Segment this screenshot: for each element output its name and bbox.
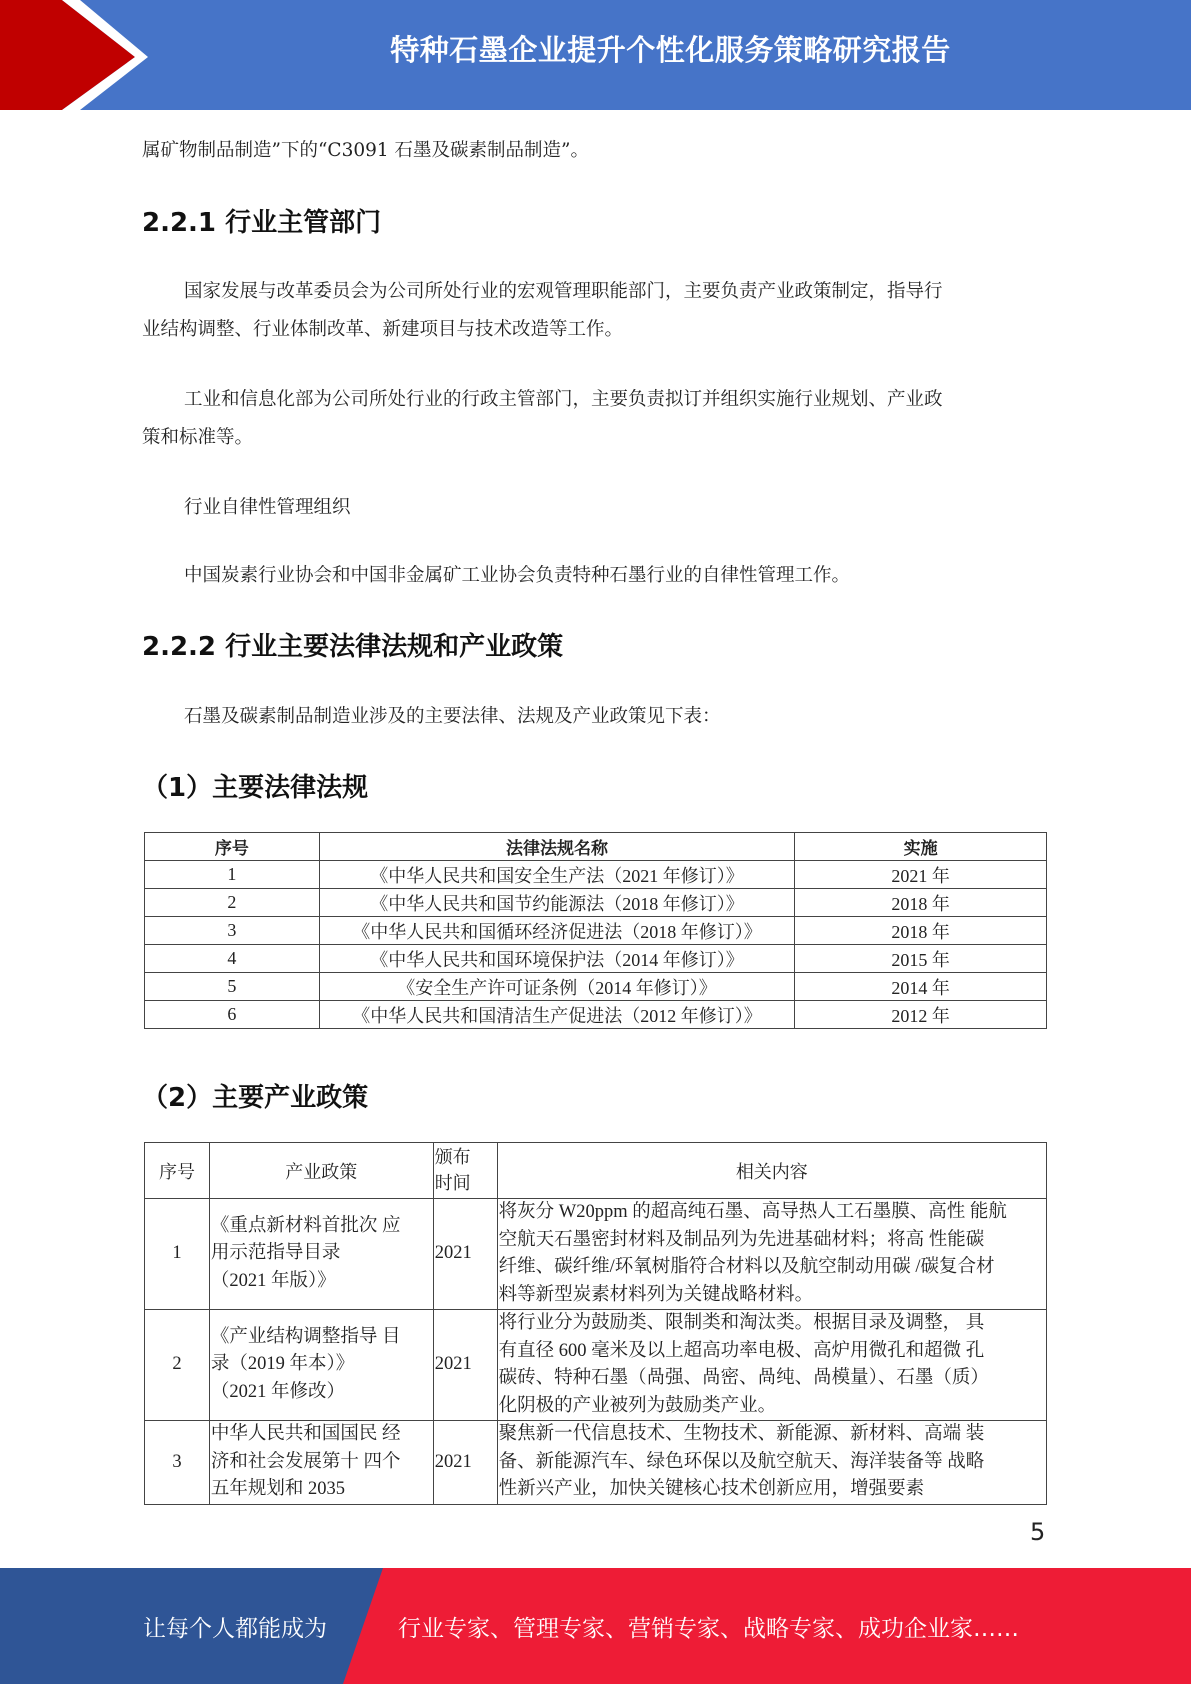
cell-name: 《安全生产许可证条例（2014 年修订）》 [319, 973, 794, 1001]
cell-no: 1 [145, 1199, 210, 1310]
cell-year: 2015 年 [795, 945, 1047, 973]
cell-no: 2 [145, 889, 320, 917]
cell-policy: 《重点新材料首批次 应 用示范指导目录 （2021 年版）》 [209, 1199, 433, 1310]
cell-date: 2021 [433, 1310, 497, 1421]
self-regulation-paragraph: 中国炭素行业协会和中国非金属矿工业协会负责特种石墨行业的自律性管理工作。 [184, 557, 850, 595]
cell-date: 2021 [433, 1199, 497, 1310]
policy-line: 《产业结构调整指导 目 [211, 1324, 433, 1352]
column-header-content: 相关内容 [497, 1143, 1046, 1199]
cell-no: 5 [145, 973, 320, 1001]
laws-heading: （1）主要法律法规 [142, 767, 368, 804]
cell-no: 4 [145, 945, 320, 973]
cell-content: 将行业分为鼓励类、限制类和淘汰类。根据目录及调整， 具 有直径 600 毫米及以… [497, 1310, 1046, 1421]
table-row: 6 《中华人民共和国清洁生产促进法（2012 年修订）》 2012 年 [145, 1001, 1047, 1029]
cell-no: 3 [145, 917, 320, 945]
content-line: 料等新型炭素材料列为关键战略材料。 [499, 1282, 1045, 1310]
cell-year: 2021 年 [795, 861, 1047, 889]
content-line: 碳砖、特种石墨（咼强、咼密、咼纯、咼模量）、石墨（质） [499, 1365, 1045, 1393]
content-line: 性新兴产业，加快关键核心技术创新应用，增强要素 [499, 1476, 1045, 1504]
policy-line: 《重点新材料首批次 应 [211, 1213, 433, 1241]
footer-slogan-left: 让每个人都能成为 [143, 1610, 327, 1643]
column-header-no: 序号 [145, 1143, 210, 1199]
policies-table: 序号 产业政策 颁布 时间 相关内容 1 《重点新材料首批次 应 用示范指导目录… [144, 1142, 1047, 1505]
policy-line: （2021 年修改） [211, 1379, 433, 1407]
section-heading-2-2-2: 2.2.2 行业主要法律法规和产业政策 [142, 626, 563, 663]
table-row: 2 《中华人民共和国节约能源法（2018 年修订）》 2018 年 [145, 889, 1047, 917]
policy-line: （2021 年版）》 [211, 1268, 433, 1296]
policy-line: 录（2019 年本）》 [211, 1351, 433, 1379]
column-header-policy: 产业政策 [209, 1143, 433, 1199]
cell-year: 2014 年 [795, 973, 1047, 1001]
cell-policy: 《产业结构调整指导 目 录（2019 年本）》 （2021 年修改） [209, 1310, 433, 1421]
policy-line: 五年规划和 2035 [211, 1476, 433, 1504]
cell-name: 《中华人民共和国安全生产法（2021 年修订）》 [319, 861, 794, 889]
policies-heading: （2）主要产业政策 [142, 1077, 368, 1114]
policy-line: 济和社会发展第十 四个 [211, 1449, 433, 1477]
footer-slogan-right: 行业专家、管理专家、营销专家、战略专家、成功企业家…… [398, 1610, 1019, 1643]
content-line: 纤维、碳纤维/环氧树脂符合材料以及航空制动用碳 /碳复合材 [499, 1254, 1045, 1282]
paragraph-ndrc-line2: 业结构调整、行业体制改革、新建项目与技术改造等工作。 [142, 311, 623, 349]
content-line: 有直径 600 毫米及以上超高功率电极、高炉用微孔和超微 孔 [499, 1338, 1045, 1366]
content-line: 空航天石墨密封材料及制品列为先进基础材料；将高 性能碳 [499, 1227, 1045, 1255]
laws-table: 序号 法律法规名称 实施 1 《中华人民共和国安全生产法（2021 年修订）》 … [144, 832, 1047, 1029]
table-row: 5 《安全生产许可证条例（2014 年修订）》 2014 年 [145, 973, 1047, 1001]
report-header: 特种石墨企业提升个性化服务策略研究报告 [0, 0, 1191, 110]
table-row: 1 《重点新材料首批次 应 用示范指导目录 （2021 年版）》 2021 将灰… [145, 1199, 1047, 1310]
cell-year: 2012 年 [795, 1001, 1047, 1029]
cell-date: 2021 [433, 1421, 497, 1505]
content-line: 化阴极的产业被列为鼓励类产业。 [499, 1393, 1045, 1421]
cell-year: 2018 年 [795, 917, 1047, 945]
cell-content: 将灰分 W20ppm 的超高纯石墨、高导热人工石墨膜、高性 能航 空航天石墨密封… [497, 1199, 1046, 1310]
cell-no: 3 [145, 1421, 210, 1505]
paragraph-miit-line1: 工业和信息化部为公司所处行业的行政主管部门，主要负责拟订并组织实施行业规划、产业… [184, 381, 943, 419]
paragraph-miit-line2: 策和标准等。 [142, 419, 253, 457]
table-row: 1 《中华人民共和国安全生产法（2021 年修订）》 2021 年 [145, 861, 1047, 889]
policy-line: 中华人民共和国国民 经 [211, 1421, 433, 1449]
report-footer: 让每个人都能成为 行业专家、管理专家、营销专家、战略专家、成功企业家…… [0, 1568, 1191, 1684]
column-header-name: 法律法规名称 [319, 833, 794, 861]
report-title: 特种石墨企业提升个性化服务策略研究报告 [0, 28, 1191, 69]
table-row: 3 中华人民共和国国民 经 济和社会发展第十 四个 五年规划和 2035 202… [145, 1421, 1047, 1505]
table-row: 3 《中华人民共和国循环经济促进法（2018 年修订）》 2018 年 [145, 917, 1047, 945]
content-line: 聚焦新一代信息技术、生物技术、新能源、新材料、高端 装 [499, 1421, 1045, 1449]
content-line: 将行业分为鼓励类、限制类和淘汰类。根据目录及调整， 具 [499, 1310, 1045, 1338]
cell-name: 《中华人民共和国环境保护法（2014 年修订）》 [319, 945, 794, 973]
content-line: 将灰分 W20ppm 的超高纯石墨、高导热人工石墨膜、高性 能航 [499, 1199, 1045, 1227]
intro-line: 属矿物制品制造”下的“C3091 石墨及碳素制品制造”。 [142, 132, 589, 170]
policy-line: 用示范指导目录 [211, 1240, 433, 1268]
cell-name: 《中华人民共和国节约能源法（2018 年修订）》 [319, 889, 794, 917]
column-header-no: 序号 [145, 833, 320, 861]
column-header-year: 实施 [795, 833, 1047, 861]
column-header-date-line1: 颁布 [435, 1145, 497, 1171]
cell-content: 聚焦新一代信息技术、生物技术、新能源、新材料、高端 装 备、新能源汽车、绿色环保… [497, 1421, 1046, 1505]
column-header-date: 颁布 时间 [433, 1143, 497, 1199]
page-number: 5 [1030, 1518, 1045, 1546]
table-header-row: 序号 法律法规名称 实施 [145, 833, 1047, 861]
paragraph-ndrc-line1: 国家发展与改革委员会为公司所处行业的宏观管理职能部门，主要负责产业政策制定，指导… [184, 273, 943, 311]
cell-policy: 中华人民共和国国民 经 济和社会发展第十 四个 五年规划和 2035 [209, 1421, 433, 1505]
section-heading-2-2-1: 2.2.1 行业主管部门 [142, 202, 381, 239]
table-row: 2 《产业结构调整指导 目 录（2019 年本）》 （2021 年修改） 202… [145, 1310, 1047, 1421]
cell-name: 《中华人民共和国清洁生产促进法（2012 年修订）》 [319, 1001, 794, 1029]
cell-no: 2 [145, 1310, 210, 1421]
cell-no: 6 [145, 1001, 320, 1029]
cell-no: 1 [145, 861, 320, 889]
cell-year: 2018 年 [795, 889, 1047, 917]
table-row: 4 《中华人民共和国环境保护法（2014 年修订）》 2015 年 [145, 945, 1047, 973]
self-regulation-subheading: 行业自律性管理组织 [184, 489, 351, 527]
content-line: 备、新能源汽车、绿色环保以及航空航天、海洋装备等 战略 [499, 1449, 1045, 1477]
column-header-date-line2: 时间 [435, 1171, 497, 1197]
section-2-2-2-intro: 石墨及碳素制品制造业涉及的主要法律、法规及产业政策见下表： [184, 698, 721, 736]
table-header-row: 序号 产业政策 颁布 时间 相关内容 [145, 1143, 1047, 1199]
cell-name: 《中华人民共和国循环经济促进法（2018 年修订）》 [319, 917, 794, 945]
